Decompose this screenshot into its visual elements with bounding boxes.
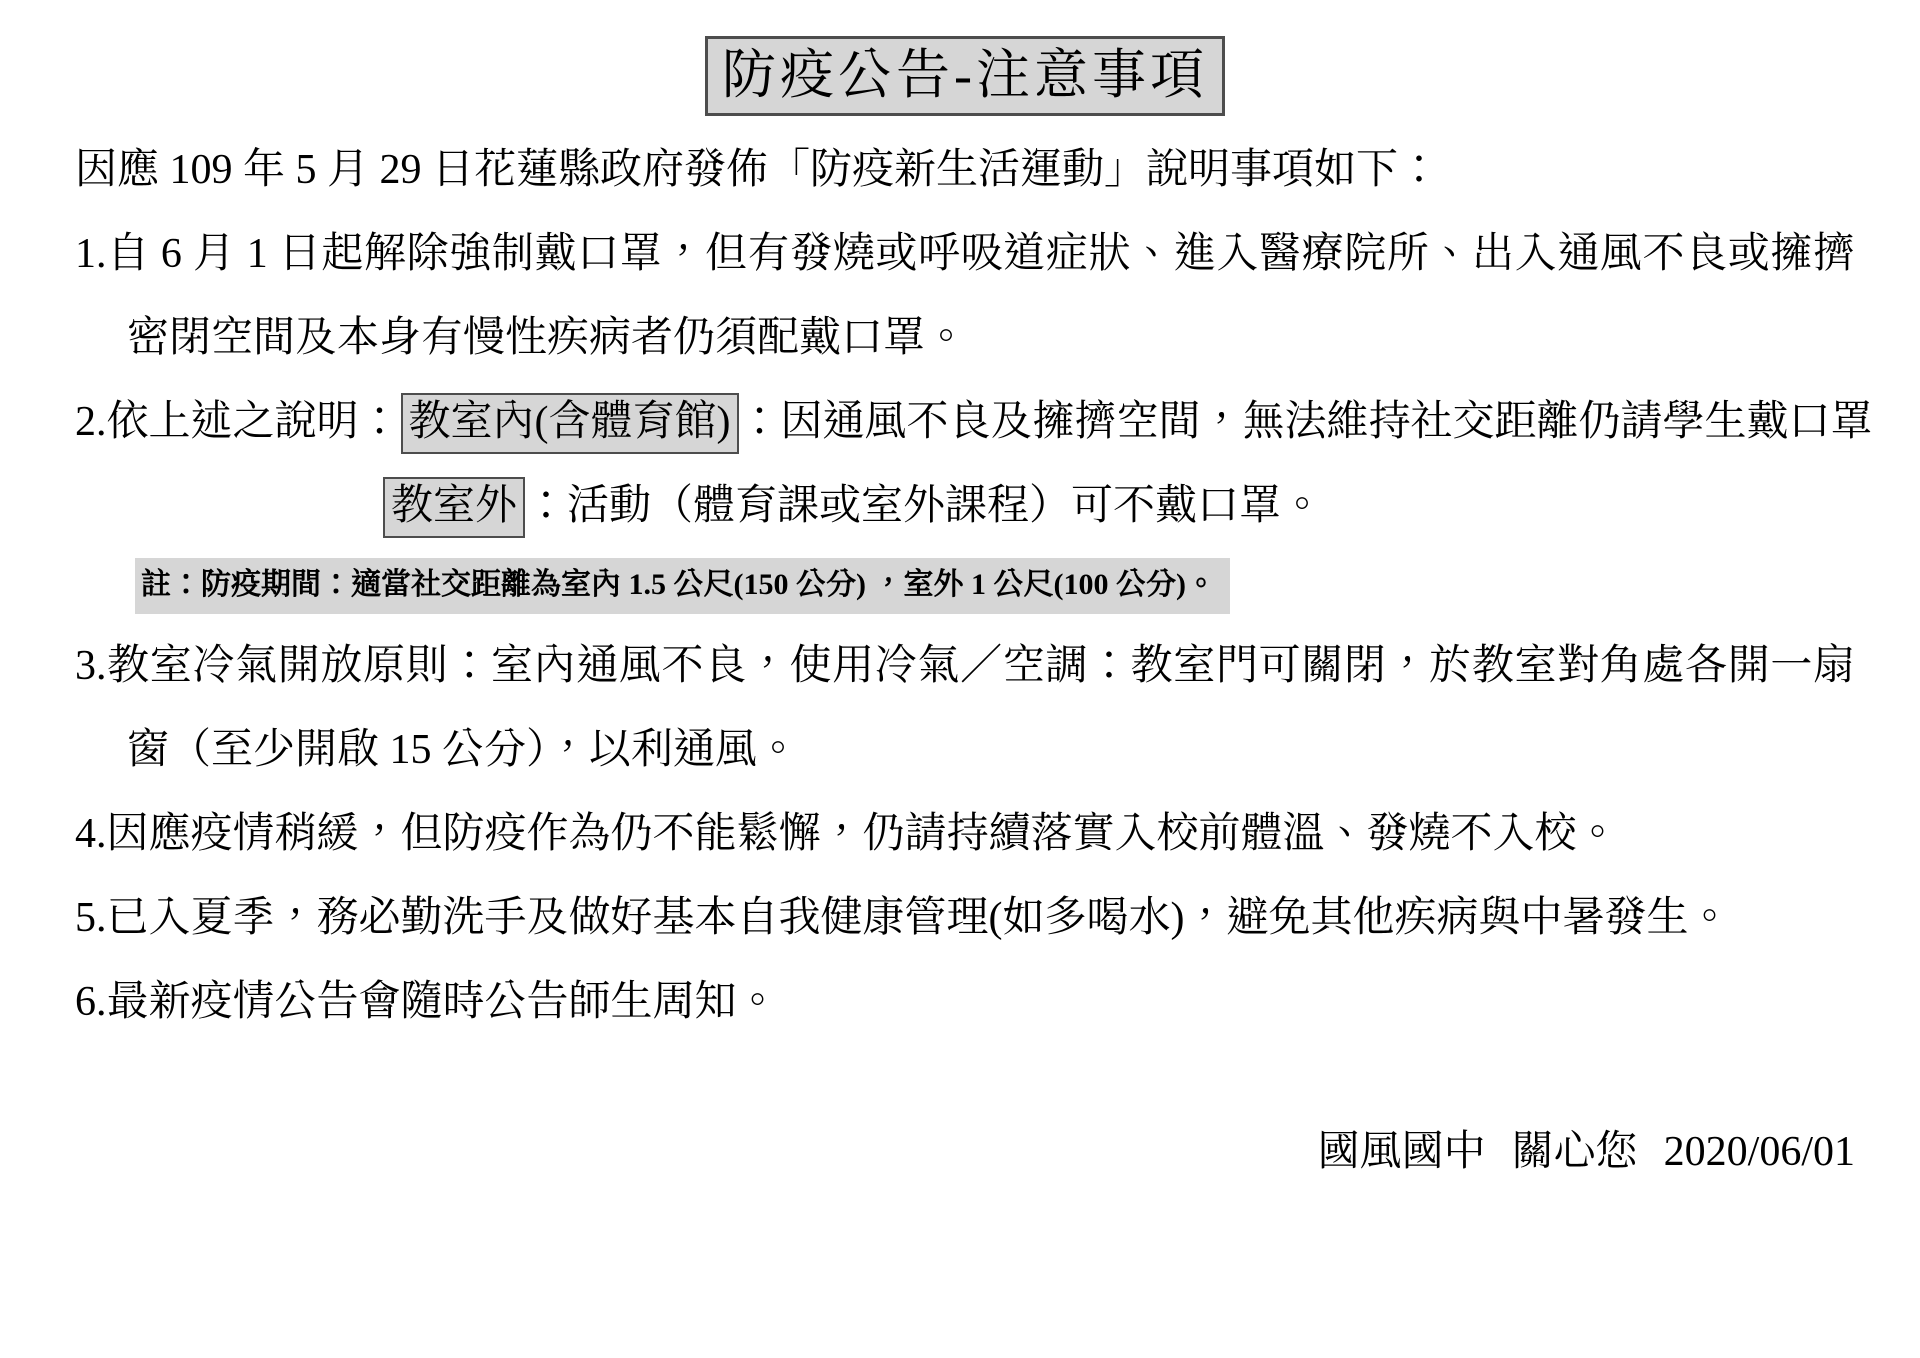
list-item-3: 3.教室冷氣開放原則：室內通風不良，使用冷氣／空調：教室門可關閉，於教室對角處各… [75,624,1855,792]
item-text: 最新疫情公告會隨時公告師生周知。 [107,979,779,1025]
note-highlight: 註：防疫期間：適當社交距離為室內 1.5 公尺(150 公分) ，室外 1 公尺… [135,558,1230,614]
list-item-2-row-indoor: 2.依上述之說明：教室內(含體育館)：因通風不良及擁擠空間，無法維持社交距離仍請… [127,380,1855,464]
indoor-label-box: 教室內(含體育館) [401,393,739,454]
list-item-2-row-outdoor: 教室外：活動（體育課或室外課程）可不戴口罩。 [383,464,1855,548]
list-item-4: 4.因應疫情稍緩，但防疫作為仍不能鬆懈，仍請持續落實入校前體溫、發燒不入校。 [75,792,1855,876]
list-item-2: 2.依上述之說明：教室內(含體育館)：因通風不良及擁擠空間，無法維持社交距離仍請… [75,380,1855,548]
announcement-body: 因應 109 年 5 月 29 日花蓮縣政府發佈「防疫新生活運動」說明事項如下：… [75,128,1855,1194]
item-text: 教室冷氣開放原則：室內通風不良，使用冷氣／空調：教室門可關閉，於教室對角處各開一… [107,643,1856,773]
footer-school: 國風國中 [1318,1110,1486,1194]
outdoor-rule-text: ：活動（體育課或室外課程）可不戴口罩。 [525,483,1323,529]
item-lead-text: 依上述之說明： [107,399,401,445]
item-number: 3. [75,643,107,689]
announcement-page: 防疫公告-注意事項 因應 109 年 5 月 29 日花蓮縣政府發佈「防疫新生活… [0,0,1920,1358]
footer-date: 2020/06/01 [1664,1110,1855,1194]
list-item-1: 1.自 6 月 1 日起解除強制戴口罩，但有發燒或呼吸道症狀、進入醫療院所、出入… [75,212,1855,380]
item-number: 6. [75,979,107,1025]
title-row: 防疫公告-注意事項 [75,36,1855,116]
item-number: 5. [75,895,107,941]
intro-paragraph: 因應 109 年 5 月 29 日花蓮縣政府發佈「防疫新生活運動」說明事項如下： [75,128,1855,212]
footer-message: 關心您 [1512,1110,1638,1194]
item-text: 已入夏季，務必勤洗手及做好基本自我健康管理(如多喝水)，避免其他疾病與中暑發生。 [107,895,1731,941]
item-text: 因應疫情稍緩，但防疫作為仍不能鬆懈，仍請持續落實入校前體溫、發燒不入校。 [107,811,1619,857]
indoor-rule-text: ：因通風不良及擁擠空間，無法維持社交距離仍請學生戴口罩 [739,399,1873,445]
item-number: 1. [75,231,107,277]
outdoor-label-box: 教室外 [383,477,525,538]
item-number: 4. [75,811,107,857]
list-item-5: 5.已入夏季，務必勤洗手及做好基本自我健康管理(如多喝水)，避免其他疾病與中暑發… [75,876,1855,960]
list-item-6: 6.最新疫情公告會隨時公告師生周知。 [75,960,1855,1044]
footer: 國風國中關心您2020/06/01 [75,1110,1855,1194]
note-paragraph: 註：防疫期間：適當社交距離為室內 1.5 公尺(150 公分) ，室外 1 公尺… [135,558,1855,614]
item-text: 自 6 月 1 日起解除強制戴口罩，但有發燒或呼吸道症狀、進入醫療院所、出入通風… [107,231,1856,361]
item-number: 2. [75,399,107,445]
page-title: 防疫公告-注意事項 [705,36,1225,116]
